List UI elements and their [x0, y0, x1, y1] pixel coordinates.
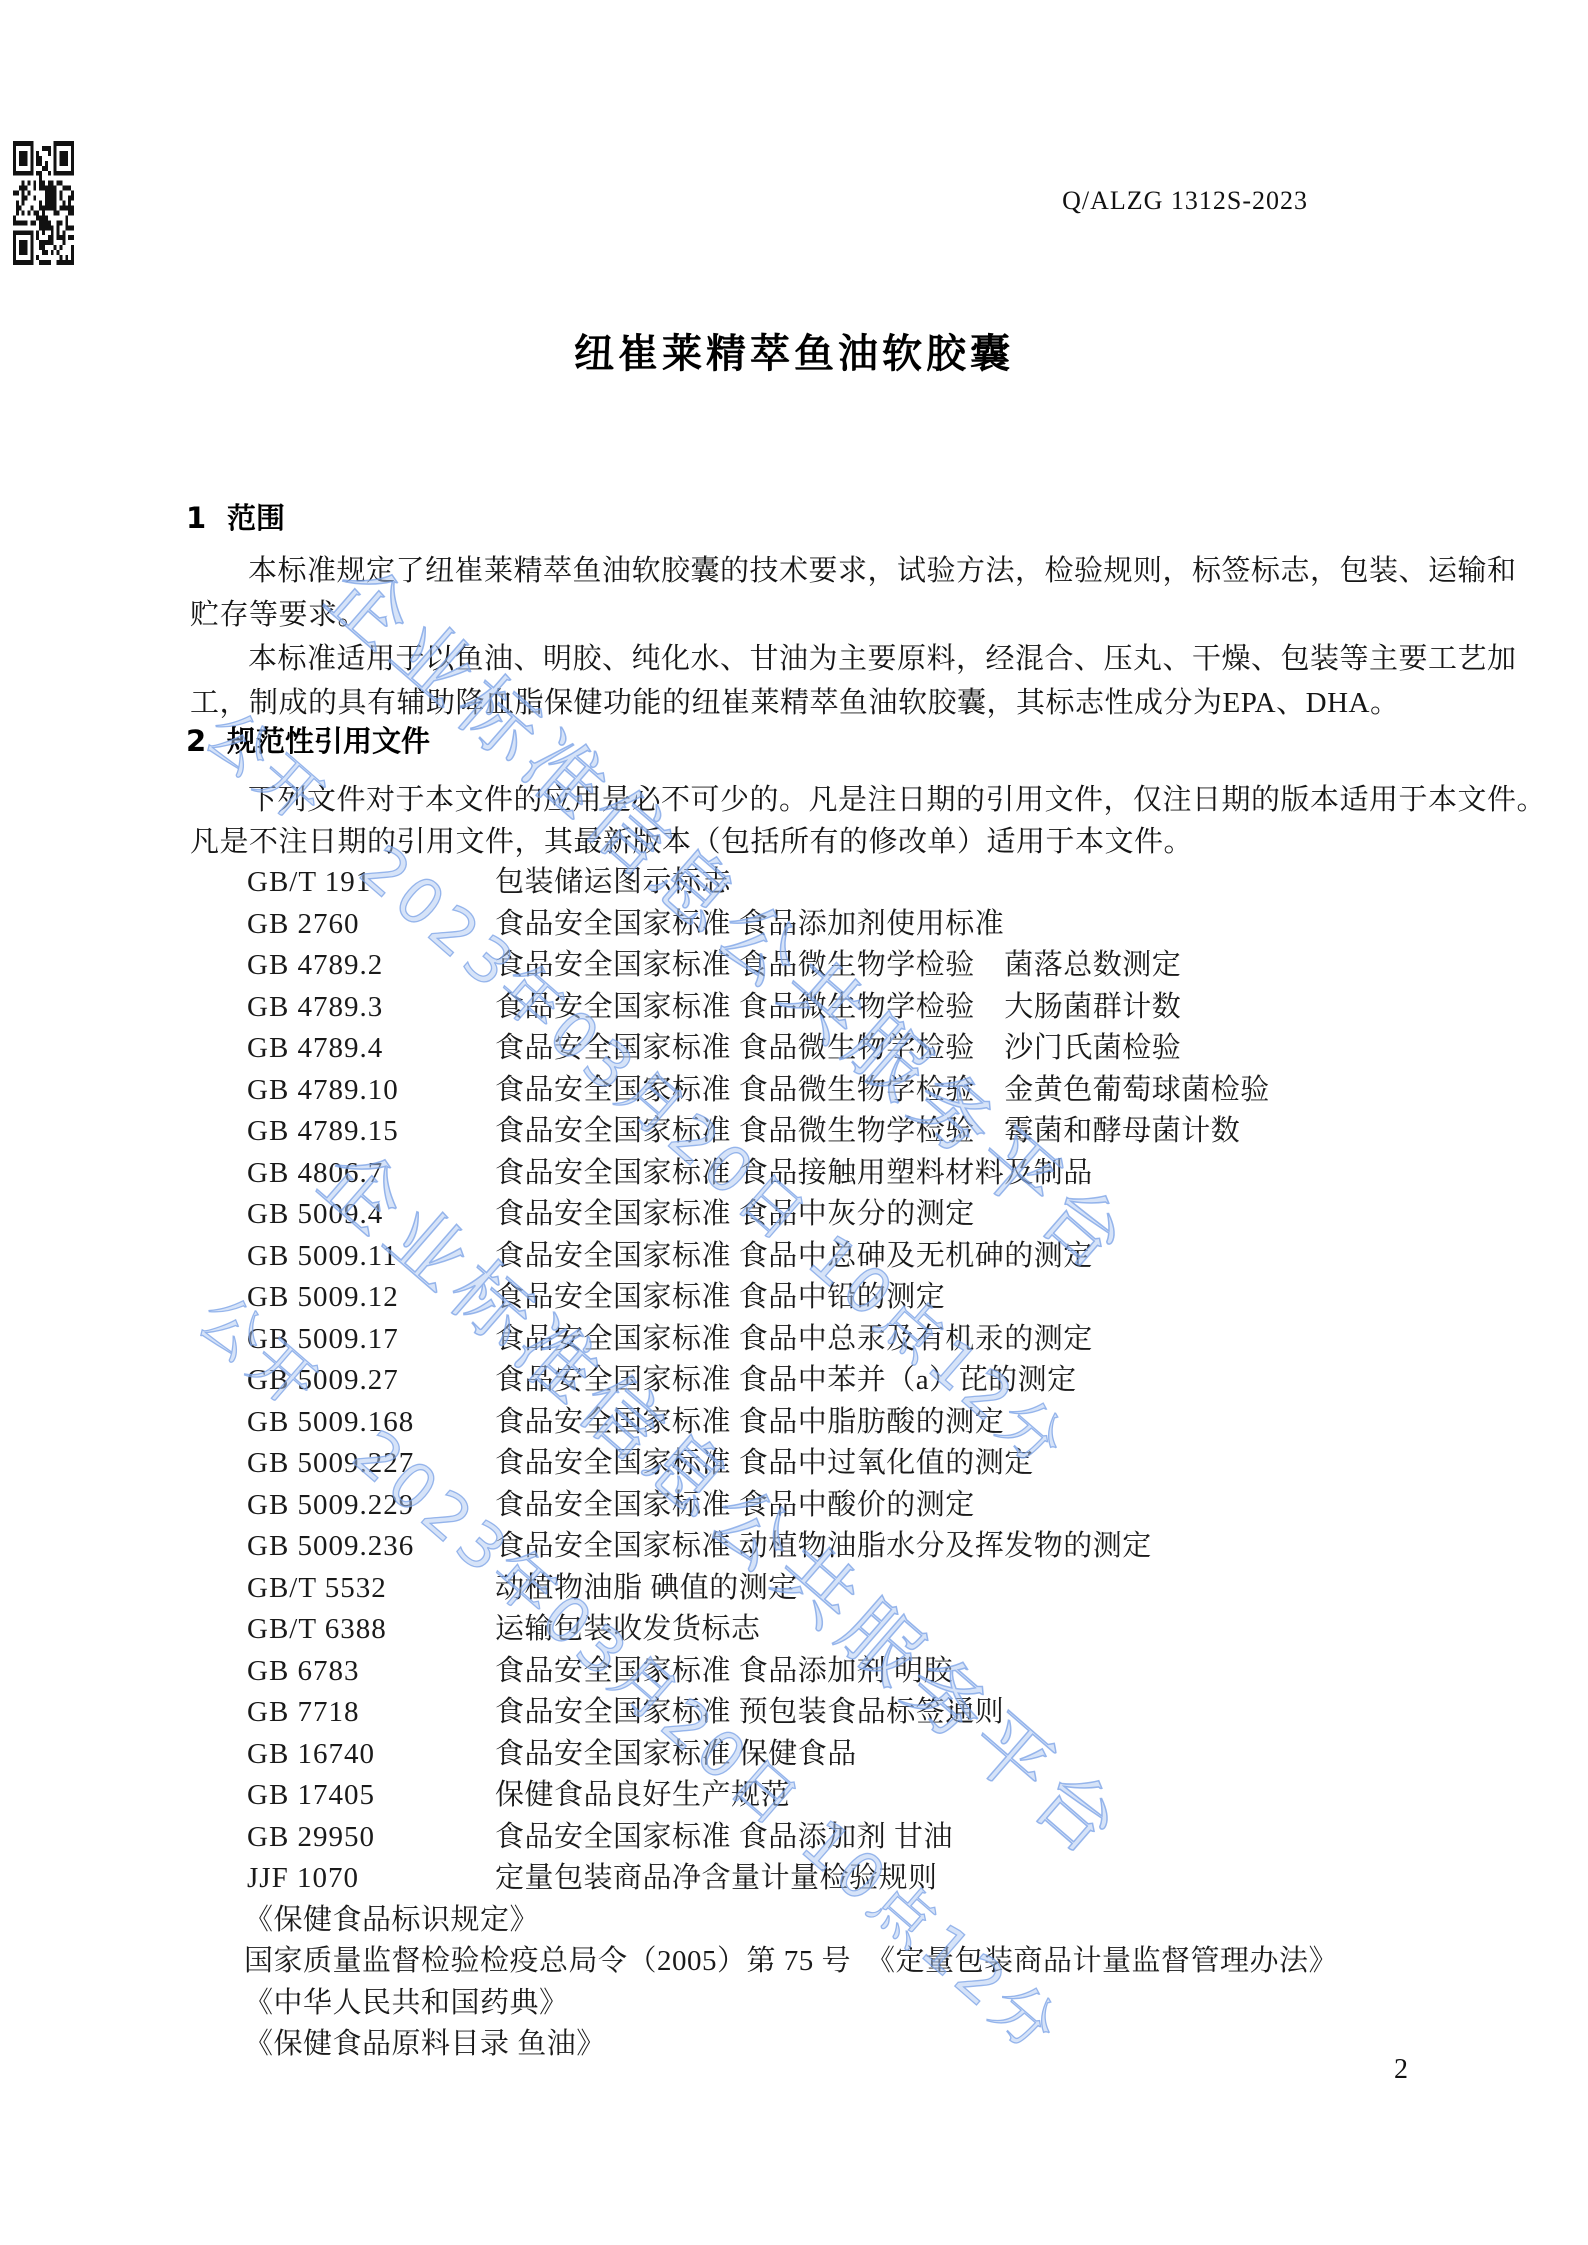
reference-title: 食品安全国家标准 食品中灰分的测定: [495, 1198, 975, 1230]
section-1-heading: 1范围: [186, 496, 285, 537]
reference-row: GB 5009.17食品安全国家标准 食品中总汞及有机汞的测定: [190, 1319, 1520, 1361]
reference-row: GB 4789.4食品安全国家标准 食品微生物学检验 沙门氏菌检验: [190, 1028, 1520, 1070]
reference-code: GB 17405: [190, 1775, 495, 1817]
reference-row: GB 2760食品安全国家标准 食品添加剂使用标准: [190, 904, 1520, 946]
reference-code: GB 29950: [190, 1817, 495, 1859]
reference-row: GB 6783食品安全国家标准 食品添加剂 明胶: [190, 1651, 1520, 1693]
reference-title: 食品安全国家标准 食品中总砷及无机砷的测定: [495, 1240, 1093, 1272]
paragraph-line: 下列文件对于本文件的应用是必不可少的。凡是注日期的引用文件，仅注日期的版本适用于…: [190, 779, 1470, 821]
reference-title: 食品安全国家标准 食品添加剂 明胶: [495, 1655, 953, 1687]
reference-title: 食品安全国家标准 食品中脂肪酸的测定: [495, 1406, 1004, 1438]
page-number: 2: [1394, 2054, 1408, 2086]
paragraph-line: 凡是不注日期的引用文件，其最新版本（包括所有的修改单）适用于本文件。: [190, 821, 1470, 863]
reference-row: GB 4789.3食品安全国家标准 食品微生物学检验 大肠菌群计数: [190, 987, 1520, 1029]
reference-code: GB 4789.4: [190, 1028, 495, 1070]
reference-row: GB 7718食品安全国家标准 预包装食品标签通则: [190, 1692, 1520, 1734]
paragraph-line: 本标准适用于以鱼油、明胶、纯化水、甘油为主要原料，经混合、压丸、干燥、包装等主要…: [190, 637, 1470, 681]
reference-code: GB 5009.229: [190, 1485, 495, 1527]
reference-title: 食品安全国家标准 食品添加剂使用标准: [495, 908, 1004, 940]
reference-title: 食品安全国家标准 食品微生物学检验 大肠菌群计数: [495, 991, 1181, 1023]
reference-title: 食品安全国家标准 动植物油脂水分及挥发物的测定: [495, 1530, 1152, 1562]
other-reference-row: 国家质量监督检验检疫总局令（2005）第 75 号 《定量包装商品计量监督管理办…: [190, 1941, 1520, 1983]
references-intro: 下列文件对于本文件的应用是必不可少的。凡是注日期的引用文件，仅注日期的版本适用于…: [190, 779, 1470, 863]
reference-code: GB 4789.3: [190, 987, 495, 1029]
reference-code: GB 4789.10: [190, 1070, 495, 1112]
reference-title: 包装储运图示标志: [495, 866, 731, 898]
reference-code: GB 4789.2: [190, 945, 495, 987]
other-reference-row: 《保健食品标识规定》: [190, 1900, 1520, 1942]
reference-title: 运输包装收发货标志: [495, 1613, 761, 1645]
reference-row: GB 4789.10食品安全国家标准 食品微生物学检验 金黄色葡萄球菌检验: [190, 1070, 1520, 1112]
reference-row: GB 4789.2食品安全国家标准 食品微生物学检验 菌落总数测定: [190, 945, 1520, 987]
reference-row: GB 5009.12食品安全国家标准 食品中铅的测定: [190, 1277, 1520, 1319]
page-title: 纽崔莱精萃鱼油软胶囊: [0, 322, 1588, 379]
reference-row: GB 17405保健食品良好生产规范: [190, 1775, 1520, 1817]
section-2-heading: 2规范性引用文件: [186, 719, 430, 760]
reference-title: 食品安全国家标准 食品接触用塑料材料及制品: [495, 1157, 1093, 1189]
paragraph-line: 贮存等要求。: [190, 593, 1470, 637]
section-2-heading-label: 规范性引用文件: [227, 724, 430, 758]
reference-row: GB 16740食品安全国家标准 保健食品: [190, 1734, 1520, 1776]
reference-row: GB 5009.236食品安全国家标准 动植物油脂水分及挥发物的测定: [190, 1526, 1520, 1568]
reference-row: GB 5009.168食品安全国家标准 食品中脂肪酸的测定: [190, 1402, 1520, 1444]
qr-code: [13, 141, 74, 265]
reference-title: 食品安全国家标准 食品微生物学检验 菌落总数测定: [495, 949, 1181, 981]
section-2-number: 2: [186, 724, 227, 758]
doc-number: Q/ALZG 1312S-2023: [1062, 186, 1308, 216]
reference-title: 食品安全国家标准 食品微生物学检验 霉菌和酵母菌计数: [495, 1115, 1240, 1147]
paragraph-line: 本标准规定了纽崔莱精萃鱼油软胶囊的技术要求，试验方法，检验规则，标签标志，包装、…: [190, 549, 1470, 593]
reference-row: GB 5009.4食品安全国家标准 食品中灰分的测定: [190, 1194, 1520, 1236]
other-reference-row: 《中华人民共和国药典》: [190, 1983, 1520, 2025]
reference-title: 食品安全国家标准 预包装食品标签通则: [495, 1696, 1004, 1728]
reference-code: GB 2760: [190, 904, 495, 946]
reference-code: JJF 1070: [190, 1858, 495, 1900]
reference-row: GB 29950食品安全国家标准 食品添加剂 甘油: [190, 1817, 1520, 1859]
reference-title: 食品安全国家标准 食品微生物学检验 金黄色葡萄球菌检验: [495, 1074, 1270, 1106]
reference-code: GB 5009.227: [190, 1443, 495, 1485]
reference-title: 食品安全国家标准 食品中铅的测定: [495, 1281, 945, 1313]
reference-row: GB/T 191包装储运图示标志: [190, 862, 1520, 904]
reference-code: GB/T 6388: [190, 1609, 495, 1651]
reference-title: 食品安全国家标准 食品添加剂 甘油: [495, 1821, 953, 1853]
reference-code: GB 4806.7: [190, 1153, 495, 1195]
reference-code: GB 6783: [190, 1651, 495, 1693]
reference-code: GB 4789.15: [190, 1111, 495, 1153]
reference-row: GB/T 6388运输包装收发货标志: [190, 1609, 1520, 1651]
reference-row: JJF 1070定量包装商品净含量计量检验规则: [190, 1858, 1520, 1900]
reference-title: 食品安全国家标准 食品中总汞及有机汞的测定: [495, 1323, 1093, 1355]
reference-code: GB/T 5532: [190, 1568, 495, 1610]
reference-code: GB 5009.168: [190, 1402, 495, 1444]
reference-list: GB/T 191包装储运图示标志GB 2760食品安全国家标准 食品添加剂使用标…: [190, 862, 1520, 2066]
reference-code: GB 5009.4: [190, 1194, 495, 1236]
reference-code: GB 16740: [190, 1734, 495, 1776]
reference-code: GB 7718: [190, 1692, 495, 1734]
section-1-heading-label: 范围: [227, 501, 285, 535]
reference-code: GB 5009.11: [190, 1236, 495, 1278]
reference-title: 食品安全国家标准 食品中苯并（a）芘的测定: [495, 1364, 1077, 1396]
reference-code: GB/T 191: [190, 862, 495, 904]
reference-row: GB 4789.15食品安全国家标准 食品微生物学检验 霉菌和酵母菌计数: [190, 1111, 1520, 1153]
reference-row: GB 5009.11食品安全国家标准 食品中总砷及无机砷的测定: [190, 1236, 1520, 1278]
reference-title: 动植物油脂 碘值的测定: [495, 1572, 798, 1604]
reference-title: 食品安全国家标准 食品中酸价的测定: [495, 1489, 975, 1521]
reference-code: GB 5009.17: [190, 1319, 495, 1361]
reference-row: GB 4806.7食品安全国家标准 食品接触用塑料材料及制品: [190, 1153, 1520, 1195]
reference-title: 保健食品良好生产规范: [495, 1779, 790, 1811]
reference-code: GB 5009.12: [190, 1277, 495, 1319]
scope-paragraphs: 本标准规定了纽崔莱精萃鱼油软胶囊的技术要求，试验方法，检验规则，标签标志，包装、…: [190, 549, 1470, 725]
reference-row: GB 5009.227食品安全国家标准 食品中过氧化值的测定: [190, 1443, 1520, 1485]
reference-row: GB/T 5532动植物油脂 碘值的测定: [190, 1568, 1520, 1610]
reference-title: 食品安全国家标准 食品中过氧化值的测定: [495, 1447, 1034, 1479]
reference-title: 食品安全国家标准 保健食品: [495, 1738, 857, 1770]
reference-code: GB 5009.236: [190, 1526, 495, 1568]
reference-code: GB 5009.27: [190, 1360, 495, 1402]
other-reference-row: 《保健食品原料目录 鱼油》: [190, 2024, 1520, 2066]
reference-title: 定量包装商品净含量计量检验规则: [495, 1862, 938, 1894]
section-1-number: 1: [186, 501, 227, 535]
reference-title: 食品安全国家标准 食品微生物学检验 沙门氏菌检验: [495, 1032, 1181, 1064]
reference-row: GB 5009.27食品安全国家标准 食品中苯并（a）芘的测定: [190, 1360, 1520, 1402]
reference-row: GB 5009.229食品安全国家标准 食品中酸价的测定: [190, 1485, 1520, 1527]
